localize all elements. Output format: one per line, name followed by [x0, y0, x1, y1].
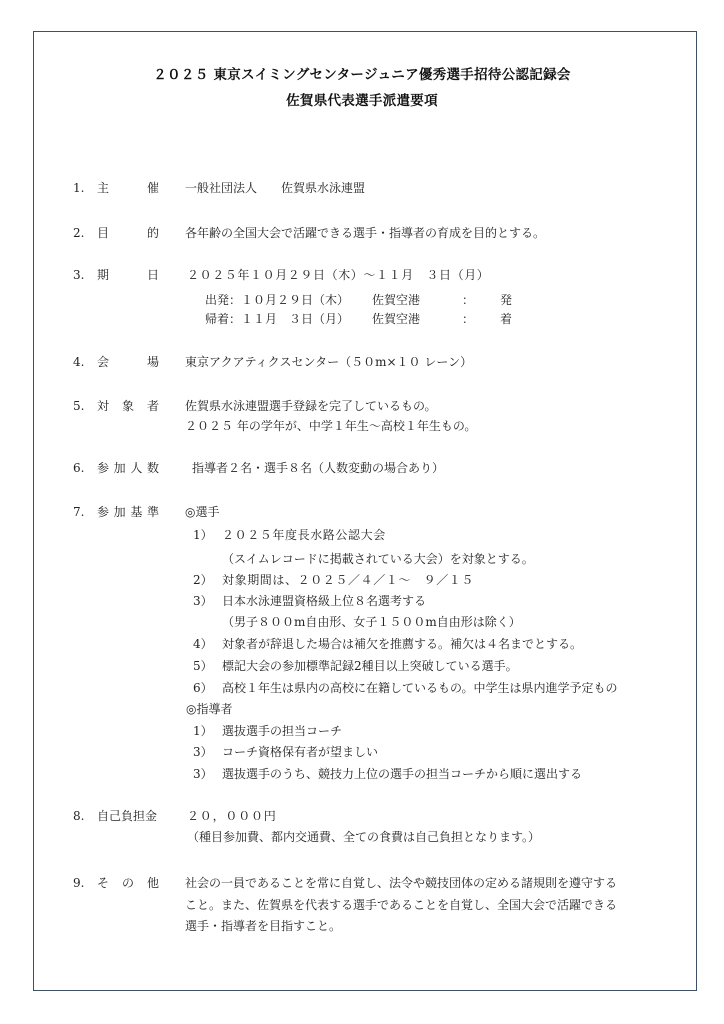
- section-text: 各年齢の全国大会で活躍できる選手・指導者の育成を目的とする。: [185, 225, 545, 241]
- criteria-num: 4）: [193, 636, 213, 652]
- criteria-num: 6）: [193, 680, 213, 696]
- coach-criteria-num: 3）: [193, 744, 213, 760]
- document-title: ２０２５ 東京スイミングセンタージュニア優秀選手招待公認記録会: [0, 66, 724, 84]
- departure-place: 佐賀空港: [372, 292, 420, 308]
- criteria-subtext: （スイムレコードに掲載されている大会）を対象とする。: [222, 551, 534, 567]
- criteria-num: 1）: [193, 527, 213, 543]
- athletes-heading: ◎選手: [185, 504, 219, 520]
- section-number: 8.: [73, 808, 84, 824]
- criteria-text: 高校１年生は県内の高校に在籍しているもの。中学生は県内進学予定もの: [222, 680, 618, 696]
- section-text: 東京アクアティクスセンター（５０m×１０ レーン）: [185, 354, 472, 370]
- section-label: そ の 他: [97, 875, 159, 891]
- criteria-subtext: （男子８００m自由形、女子１５００m自由形は除く）: [222, 614, 521, 630]
- coach-criteria-num: 1）: [193, 723, 213, 739]
- coaches-heading: ◎指導者: [186, 701, 232, 717]
- coach-criteria-text: 選抜選手の担当コーチ: [222, 723, 342, 739]
- section-number: 3.: [73, 267, 84, 283]
- section-label: 参 加 基 準: [97, 504, 159, 520]
- return-date: 帰着：１１月 ３日（月）: [205, 311, 349, 327]
- event-dates: ２０２５年１０月２９日（木）～１１月 ３日（月）: [187, 267, 489, 283]
- coach-criteria-num: 3）: [193, 766, 213, 782]
- departure-sep: ：: [462, 292, 474, 308]
- departure-type: 発: [500, 292, 512, 308]
- criteria-num: 3）: [193, 593, 213, 609]
- section-label: 会 場: [97, 354, 159, 370]
- section-text: 一般社団法人 佐賀県水泳連盟: [185, 180, 365, 196]
- section-text: 指導者２名・選手８名（人数変動の場合あり）: [192, 460, 444, 476]
- section-text: 社会の一員であることを常に自覚し、法令や競技団体の定める諸規則を遵守する: [185, 875, 617, 891]
- section-text: 佐賀県水泳連盟選手登録を完了しているもの。: [185, 398, 437, 414]
- document-subtitle: 佐賀県代表選手派遣要項: [0, 92, 724, 110]
- return-sep: ：: [462, 311, 474, 327]
- section-label: 自己負担金: [97, 808, 157, 824]
- cost-note: （種目参加費、都内交通費、全ての食費は自己負担となります。）: [187, 829, 540, 845]
- departure-date: 出発：１０月２９日（木）: [205, 292, 349, 308]
- section-text: 選手・指導者を目指すこと。: [185, 918, 341, 934]
- criteria-text: 対象者が辞退した場合は補欠を推薦する。補欠は４名までとする。: [222, 636, 582, 652]
- criteria-num: 5）: [193, 658, 213, 674]
- section-number: 7.: [73, 504, 84, 520]
- section-number: 5.: [73, 398, 84, 414]
- criteria-text: 標記大会の参加標準記録2種目以上突破している選手。: [222, 658, 518, 674]
- section-label: 主 催: [97, 180, 159, 196]
- section-number: 2.: [73, 225, 84, 241]
- section-text: ２０２５ 年の学年が、中学１年生～高校１年生もの。: [185, 418, 476, 434]
- section-number: 1.: [73, 180, 84, 196]
- criteria-text: 日本水泳連盟資格級上位８名選考する: [222, 593, 426, 609]
- section-label: 期 日: [97, 267, 159, 283]
- section-number: 6.: [73, 460, 84, 476]
- section-number: 4.: [73, 354, 84, 370]
- section-label: 参 加 人 数: [97, 460, 159, 476]
- criteria-text: ２０２５年度長水路公認大会: [222, 527, 386, 543]
- criteria-num: 2）: [193, 572, 213, 588]
- return-type: 着: [500, 311, 512, 327]
- section-label: 対 象 者: [97, 398, 159, 414]
- return-place: 佐賀空港: [372, 311, 420, 327]
- coach-criteria-text: 選抜選手のうち、競技力上位の選手の担当コーチから順に選出する: [222, 766, 582, 782]
- criteria-text: 対象期間は、２０２５／４／１～ ９／１５: [222, 572, 474, 588]
- section-text: こと。また、佐賀県を代表する選手であることを自覚し、全国大会で活躍できる: [185, 897, 617, 913]
- coach-criteria-text: コーチ資格保有者が望ましい: [222, 744, 378, 760]
- cost-amount: ２０，０００円: [187, 808, 277, 824]
- section-number: 9.: [73, 875, 84, 891]
- section-label: 目 的: [97, 225, 159, 241]
